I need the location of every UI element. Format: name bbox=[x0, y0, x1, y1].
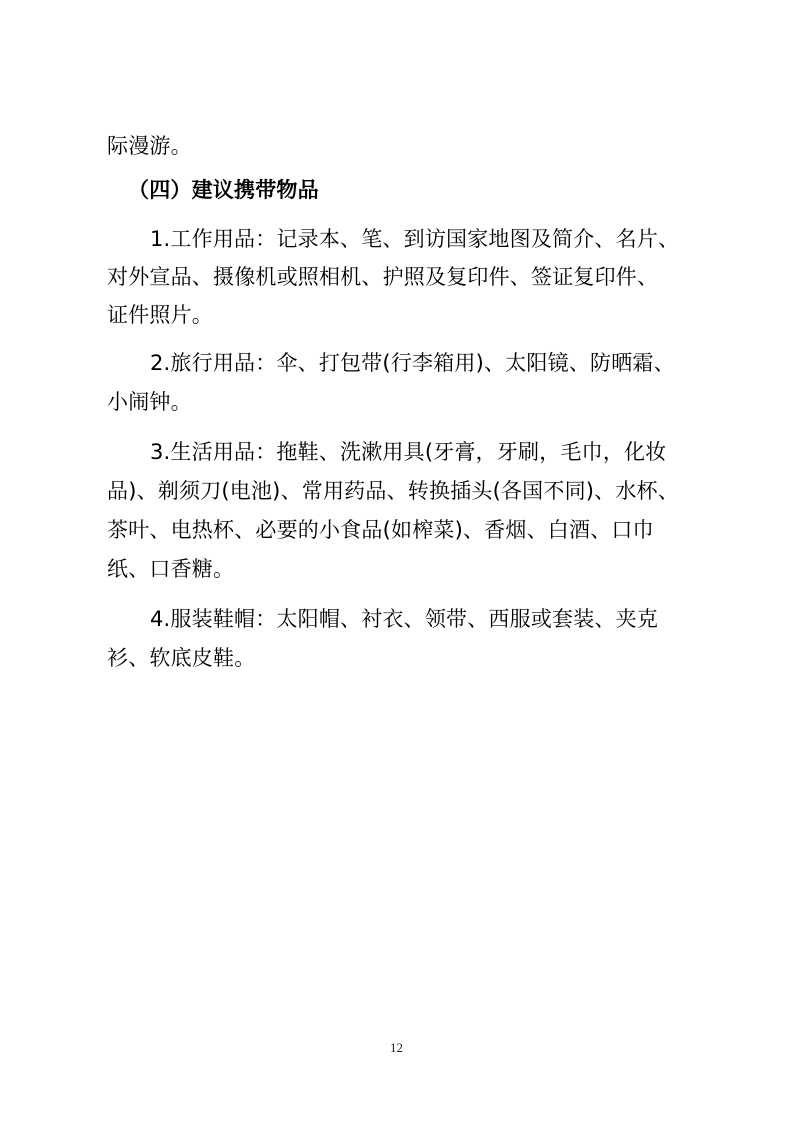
list-item-clothing: 4.服装鞋帽：太阳帽、衬衣、领带、西服或套装、夹克 bbox=[150, 605, 658, 633]
list-item-daily-supplies-cont-3: 纸、口香糖。 bbox=[107, 555, 234, 583]
section-heading: （四）建议携带物品 bbox=[128, 176, 319, 204]
list-item-work-supplies: 1.工作用品：记录本、笔、到访国家地图及简介、名片、 bbox=[150, 225, 679, 253]
page-number: 12 bbox=[0, 1040, 793, 1056]
list-item-travel-supplies-cont: 小闹钟。 bbox=[107, 388, 192, 416]
list-item-daily-supplies-cont-2: 茶叶、电热杯、必要的小食品(如榨菜)、香烟、白酒、口巾 bbox=[107, 516, 654, 544]
document-page: 际漫游。 （四）建议携带物品 1.工作用品：记录本、笔、到访国家地图及简介、名片… bbox=[0, 0, 793, 1122]
list-item-daily-supplies: 3.生活用品：拖鞋、洗漱用具(牙膏，牙刷，毛巾，化妆 bbox=[150, 438, 666, 466]
list-item-work-supplies-cont-1: 对外宣品、摄像机或照相机、护照及复印件、签证复印件、 bbox=[107, 263, 658, 291]
list-item-clothing-cont: 衫、软底皮鞋。 bbox=[107, 644, 255, 672]
list-item-travel-supplies: 2.旅行用品：伞、打包带(行李箱用)、太阳镜、防晒霜、 bbox=[150, 349, 675, 377]
text-line-continuation: 际漫游。 bbox=[107, 132, 192, 160]
list-item-daily-supplies-cont-1: 品)、剃须刀(电池)、常用药品、转换插头(各国不同)、水杯、 bbox=[107, 477, 679, 505]
list-item-work-supplies-cont-2: 证件照片。 bbox=[107, 301, 213, 329]
